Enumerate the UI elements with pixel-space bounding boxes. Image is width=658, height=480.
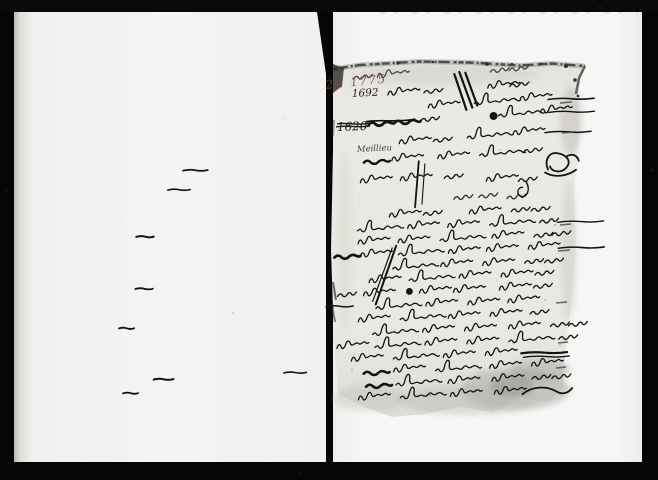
archival-scan-image: 2E 1775 1692 1620 Meillieu [0,0,658,480]
left-blank-page [14,12,326,462]
margin-word: Meillieu [356,143,393,155]
microfilm-scan-frame: 2E 1775 1692 1620 Meillieu [0,0,658,480]
year-annotation-top: 1692 [352,87,380,100]
